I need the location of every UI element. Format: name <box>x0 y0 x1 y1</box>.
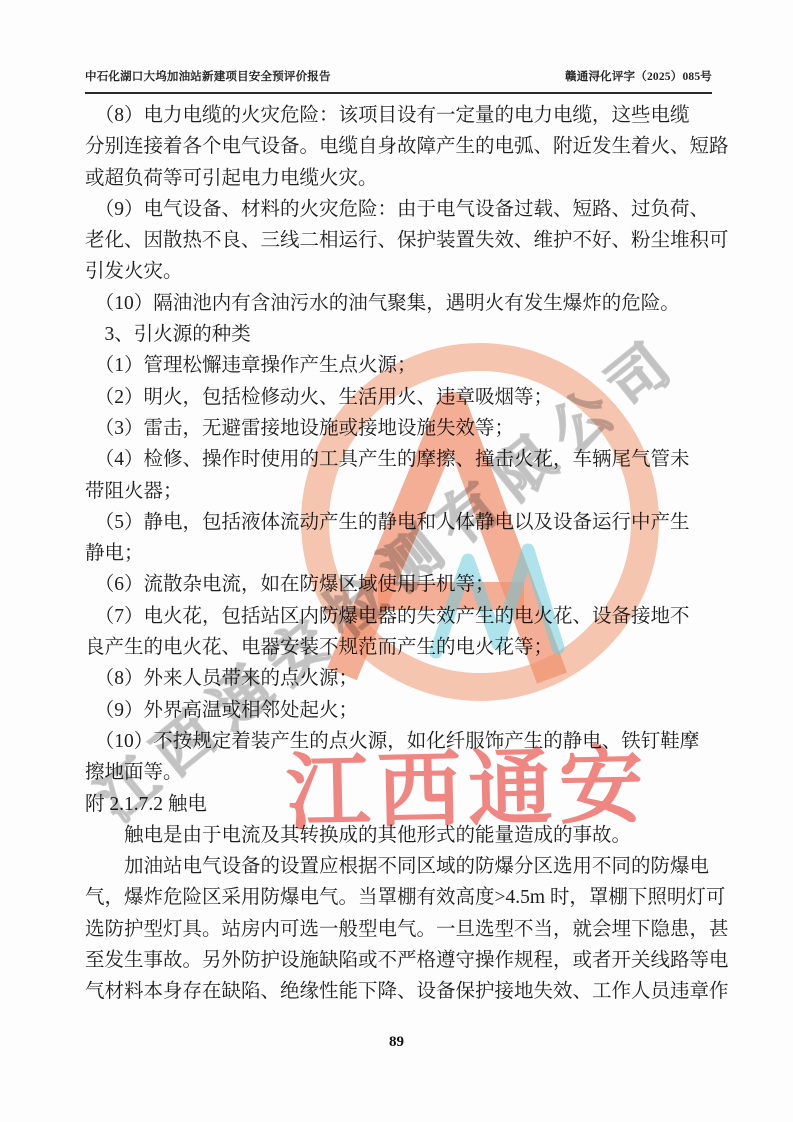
text-line: 带阻火器； <box>85 476 725 507</box>
page-header: 中石化湖口大坞加油站新建项目安全预评价报告 赣通浔化评字（2025）085号 <box>85 68 712 84</box>
text-line: （9）外界高温或相邻处起火； <box>85 695 725 726</box>
text-line: 附 2.1.7.2 触电 <box>85 789 725 820</box>
text-line: 静电； <box>85 538 725 569</box>
text-line: （5）静电，包括液体流动产生的静电和人体静电以及设备运行中产生 <box>85 507 725 538</box>
text-line: 气，爆炸危险区采用防爆电气。当罩棚有效高度>4.5m 时，罩棚下照明灯可 <box>85 882 725 913</box>
text-line: 或超负荷等可引起电力电缆火灾。 <box>85 163 725 194</box>
text-line: 触电是由于电流及其转换成的其他形式的能量造成的事故。 <box>85 820 725 851</box>
body-text: （8）电力电缆的火灾危险：该项目设有一定量的电力电缆，这些电缆分别连接着各个电气… <box>85 100 725 1008</box>
text-line: 老化、因散热不良、三线二相运行、保护装置失效、维护不好、粉尘堆积可 <box>85 225 725 256</box>
text-line: 加油站电气设备的设置应根据不同区域的防爆分区选用不同的防爆电 <box>85 851 725 882</box>
text-line: （7）电火花，包括站区内防爆电器的失效产生的电火花、设备接地不 <box>85 601 725 632</box>
text-line: （3）雷击，无避雷接地设施或接地设施失效等； <box>85 413 725 444</box>
text-line: 3、引火源的种类 <box>85 319 725 350</box>
text-line: （9）电气设备、材料的火灾危险：由于电气设备过载、短路、过负荷、 <box>85 194 725 225</box>
text-line: 良产生的电火花、电器安装不规范而产生的电火花等； <box>85 632 725 663</box>
text-line: 分别连接着各个电气设备。电缆自身故障产生的电弧、附近发生着火、短路 <box>85 131 725 162</box>
text-line: （8）外来人员带来的点火源； <box>85 663 725 694</box>
page-number: 89 <box>0 1034 793 1051</box>
text-line: （2）明火，包括检修动火、生活用火、违章吸烟等； <box>85 382 725 413</box>
header-document-code: 赣通浔化评字（2025）085号 <box>565 68 712 84</box>
text-line: 选防护型灯具。站房内可选一般型电气。一旦选型不当，就会埋下隐患，甚 <box>85 914 725 945</box>
text-line: （6）流散杂电流，如在防爆区域使用手机等； <box>85 569 725 600</box>
text-line: 擦地面等。 <box>85 757 725 788</box>
text-line: （4）检修、操作时使用的工具产生的摩擦、撞击火花，车辆尾气管未 <box>85 444 725 475</box>
header-report-title: 中石化湖口大坞加油站新建项目安全预评价报告 <box>85 68 331 84</box>
text-line: （10）不按规定着装产生的点火源，如化纤服饰产生的静电、铁钉鞋摩 <box>85 726 725 757</box>
header-rule <box>85 92 712 94</box>
text-line: （8）电力电缆的火灾危险：该项目设有一定量的电力电缆，这些电缆 <box>85 100 725 131</box>
text-line: （1）管理松懈违章操作产生点火源； <box>85 350 725 381</box>
document-page: 中石化湖口大坞加油站新建项目安全预评价报告 赣通浔化评字（2025）085号 （… <box>0 0 793 1122</box>
text-line: 引发火灾。 <box>85 256 725 287</box>
text-line: （10）隔油池内有含油污水的油气聚集，遇明火有发生爆炸的危险。 <box>85 288 725 319</box>
text-line: 至发生事故。另外防护设施缺陷或不严格遵守操作规程，或者开关线路等电 <box>85 945 725 976</box>
text-line: 气材料本身存在缺陷、绝缘性能下降、设备保护接地失效、工作人员违章作 <box>85 976 725 1007</box>
